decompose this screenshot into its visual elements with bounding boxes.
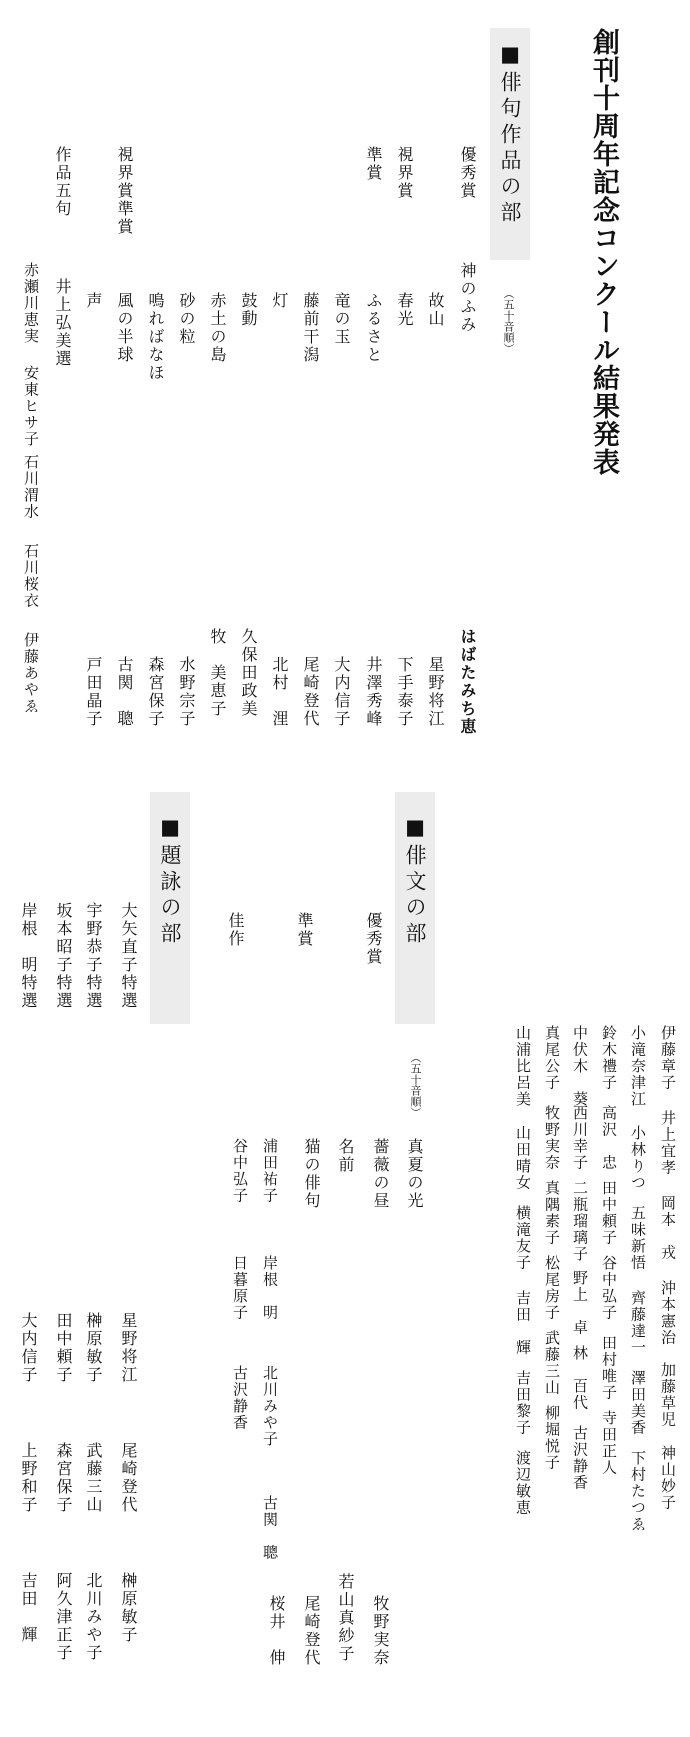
award-label: 優秀賞 [459,146,475,200]
entrant-name: 五味新悟 [630,1205,645,1271]
entrant-name: 武藤三山 [544,1330,559,1396]
entrant-name: 田村唯子 [601,1335,616,1401]
work-title: 猫の俳句 [303,1138,319,1210]
work-title: 灯 [271,292,287,310]
entrant-name: 谷中弘子 [601,1255,616,1321]
entrant-name: 井上宜孝 [660,1110,675,1176]
honorable-name: 浦田祐子 [262,1138,277,1204]
entrant-name: 沖本憲治 [660,1280,675,1346]
special-award: 特選 [54,974,73,1010]
author-name: 大内信子 [333,656,349,728]
haiku-section-header: ■俳句作品の部 [499,42,520,227]
special-selection: 坂本昭子特選 [55,902,71,1010]
entrant-name: 山浦比呂美 [515,1025,530,1108]
entrant-name: 神山妙子 [660,1445,675,1511]
entrant-name: 小滝奈津江 [630,1025,645,1108]
work-title: ふるさと [365,292,381,364]
selected-name: 石川桜衣 [23,543,38,609]
work-title: 真夏の光 [406,1138,422,1210]
award-label: 準賞 [365,146,381,182]
special-name: 大矢直子 [119,902,138,974]
page-title: 創刊十周年記念コンクール結果発表 [590,28,617,476]
entrant-name: 横滝友子 [515,1205,530,1271]
work-title: 神のふみ [459,262,475,334]
work-title: 赤土の島 [209,292,225,364]
award-label: 準賞 [296,912,312,948]
entrant-name: 真隅素子 [544,1180,559,1246]
work-title: 鳴ればなほ [147,292,163,382]
entrant-name: 真尾公子 [544,1025,559,1091]
haibun-section-header: ■俳文の部 [404,815,425,948]
work-title: 風の半球 [116,292,132,364]
selection-name: 大内信子 [20,1312,36,1384]
special-name: 岸根 明 [19,902,38,974]
author-name: 水野宗子 [178,656,194,728]
award-label: 視界賞準賞 [116,146,132,236]
selection-name: 森宮保子 [55,1442,71,1514]
selected-name: 赤瀬川恵実 [23,262,38,345]
entrant-name: 田中頼子 [601,1180,616,1246]
entrant-name: 西川幸子 [572,1105,587,1171]
author-name: 星野将江 [427,656,443,728]
honorable-name: 古関 聰 [262,1495,277,1561]
work-title: 薔薇の昼 [372,1138,388,1210]
entrant-name: 牧野実奈 [544,1105,559,1171]
author-name: 尾崎登代 [302,656,318,728]
entrant-name: 吉田 輝 [515,1290,530,1356]
honorable-name: 岸根 明 [262,1255,277,1321]
entrant-name: 伊藤章子 [660,1025,675,1091]
entrant-name: 加藤草児 [660,1362,675,1428]
author-name: 古関 聰 [116,656,132,728]
entrant-name: 松尾房子 [544,1255,559,1321]
author-name: はばたみち恵 [459,628,475,736]
work-title: 鼓動 [240,292,256,328]
entrant-name: 高沢 忠 [601,1105,616,1171]
award-label: 佳作 [227,912,243,948]
selection-name: 上野和子 [20,1442,36,1514]
entrant-name: 渡辺敏恵 [515,1450,530,1516]
work-title: 声 [85,292,101,310]
special-name: 坂本昭子 [54,902,73,974]
selection-name: 榊原敏子 [85,1312,101,1384]
entrant-name: 古沢静香 [572,1425,587,1491]
selection-name: 星野将江 [120,1312,136,1384]
special-selection: 宇野恭子特選 [85,902,101,1010]
author-name: 下手泰子 [396,656,412,728]
selection-name: 武藤三山 [85,1442,101,1514]
honorable-name: 谷中弘子 [232,1138,247,1204]
entrant-name: 鈴木禮子 [601,1025,616,1091]
work-title: 名前 [337,1138,353,1174]
author-name: 森宮保子 [147,656,163,728]
award-label: 優秀賞 [365,912,381,966]
honorable-name: 北川みや子 [262,1365,277,1448]
author-name: 北村 浬 [271,656,287,728]
entrant-name: 寺田正人 [601,1410,616,1476]
entrant-name: 中伏木 葵 [572,1025,587,1108]
selection-name: 阿久津正子 [55,1572,71,1662]
selection-name: 北川みや子 [85,1572,101,1662]
author-name: 尾崎登代 [303,1595,319,1667]
entrant-name: 吉田黎子 [515,1370,530,1436]
work-title: 竜の玉 [333,292,349,346]
entrant-name: 齊藤達一 [630,1290,645,1356]
entrant-name: 岡本 戎 [660,1195,675,1261]
special-selection: 大矢直子特選 [120,902,136,1010]
selection-name: 榊原敏子 [120,1572,136,1644]
entrant-name: 澤田美香 [630,1370,645,1436]
special-award: 特選 [84,974,103,1010]
daiei-section-header: ■題詠の部 [159,815,180,948]
entrant-name: 小林りつ [630,1125,645,1191]
special-award: 特選 [19,974,38,1010]
author-name: 井澤秀峰 [365,656,381,728]
entrant-name: 野上 卓 [572,1270,587,1336]
entrant-name: 山田晴女 [515,1125,530,1191]
author-name: 久保田政美 [240,628,256,718]
haiku-order-note: （五十音順） [503,288,514,354]
selection-name: 吉田 輝 [20,1572,36,1644]
award-label: 視界賞 [396,146,412,200]
selected-name: 伊藤あやゑ [23,632,38,715]
entrant-name: 二瓶瑠璃子 [572,1180,587,1263]
work-title: 砂の粒 [178,292,194,346]
haibun-order-note: （五十音順） [410,1052,421,1118]
award-label: 作品五句 [54,146,70,218]
entrant-name: 林 百代 [572,1345,587,1411]
special-selection: 岸根 明特選 [20,902,36,1010]
entrant-name: 柳堀悦子 [544,1405,559,1471]
author-name: 桜井 伸 [268,1595,284,1667]
selection-name: 尾崎登代 [120,1442,136,1514]
selection-name: 田中頼子 [55,1312,71,1384]
author-name: 牧 美恵子 [209,628,225,718]
honorable-name: 日暮原子 [232,1255,247,1321]
author-name: 牧野実奈 [372,1595,388,1667]
honorable-name: 古沢静香 [232,1365,247,1431]
entrant-name: 下村たつゑ [630,1450,645,1533]
selector-credit: 井上弘美選 [54,278,70,368]
work-title: 春光 [396,292,412,328]
special-award: 特選 [119,974,138,1010]
selected-name: 石川渭水 [23,454,38,520]
selected-name: 安東ヒサ子 [23,365,38,448]
author-name: 若山真紗子 [337,1573,353,1663]
author-name: 戸田晶子 [85,656,101,728]
work-title: 藤前干潟 [302,292,318,364]
work-title: 故山 [427,292,443,328]
special-name: 宇野恭子 [84,902,103,974]
